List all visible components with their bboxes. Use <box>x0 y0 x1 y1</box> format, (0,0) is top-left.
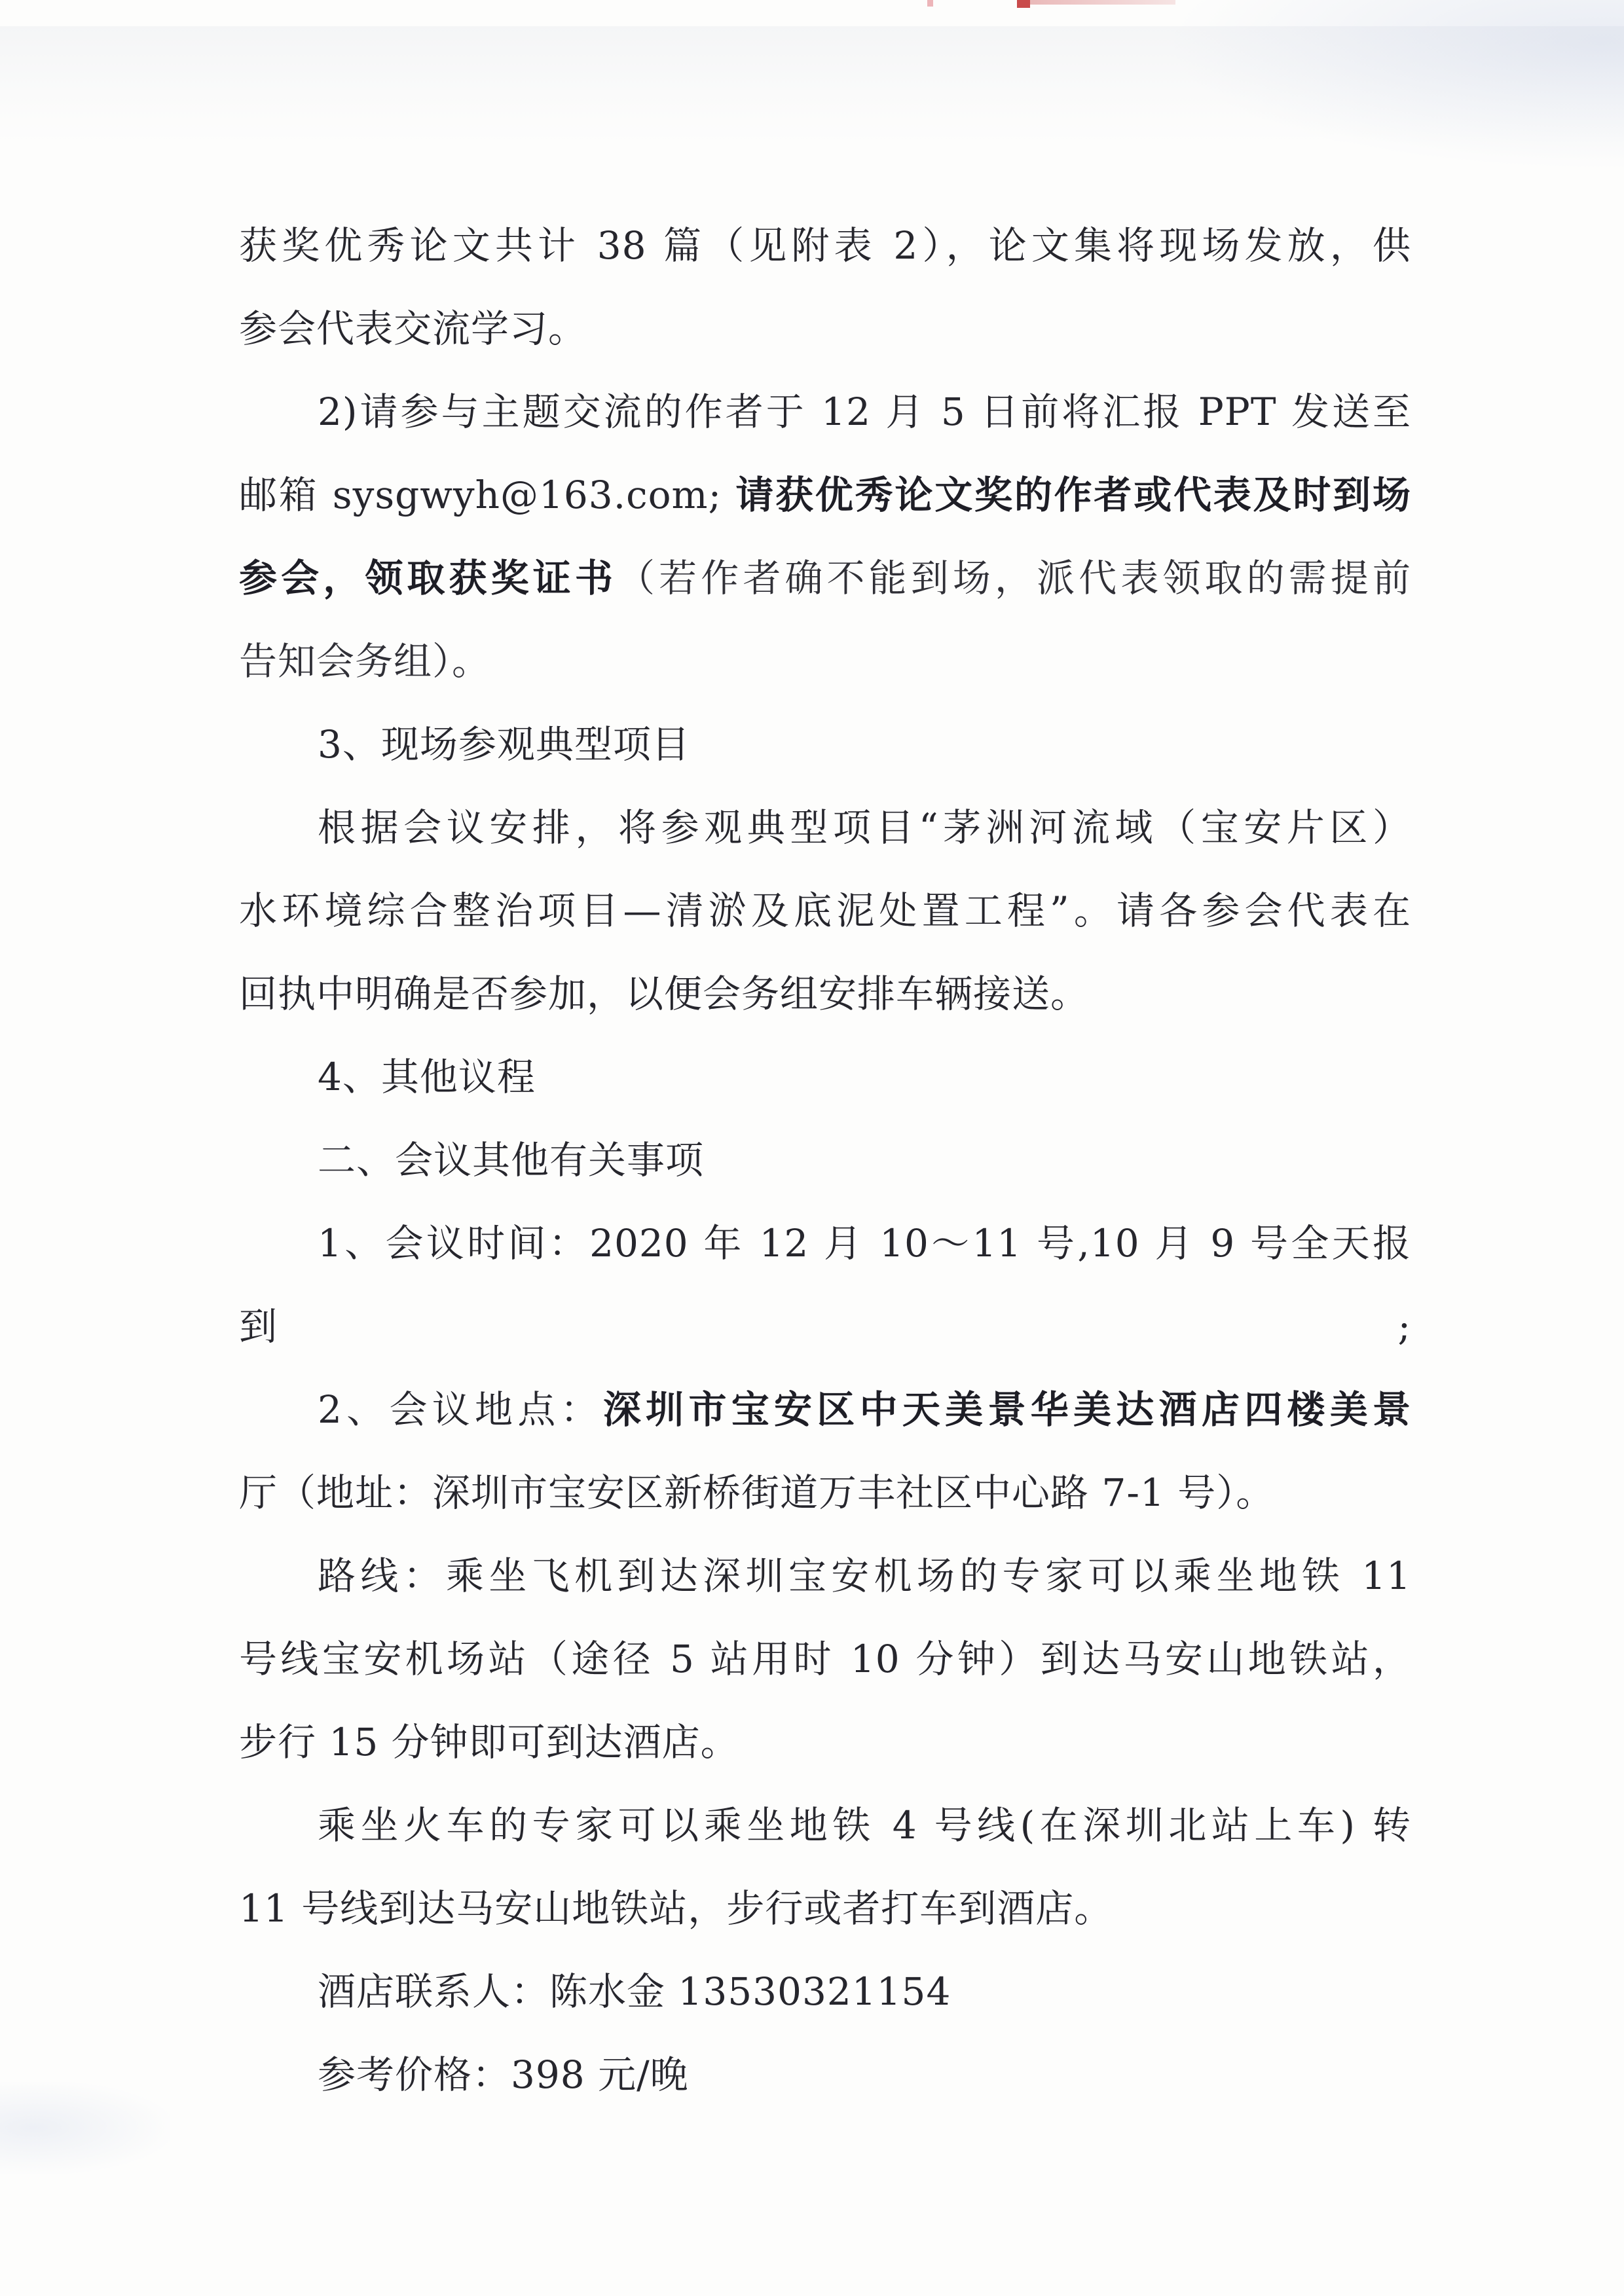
bold-text: 请获优秀论文奖的作者或代表及时到场 <box>735 473 1411 517</box>
document-line: 参会代表交流学习。 <box>239 287 1411 371</box>
body-text: 2、会议地点： <box>318 1387 603 1432</box>
kaiti-text: 告知会务组）。 <box>239 639 490 683</box>
document-line: 号线宝安机场站（途径 5 站用时 10 分钟）到达马安山地铁站， <box>239 1618 1411 1701</box>
body-text: 步行 15 分钟即可到达酒店。 <box>239 1720 739 1764</box>
document-line: 邮箱 sysgwyh@163.com; 请获优秀论文奖的作者或代表及时到场 <box>239 454 1411 537</box>
document-line: 4、其他议程 <box>239 1036 1411 1119</box>
document-line: 步行 15 分钟即可到达酒店。 <box>239 1701 1411 1784</box>
document-line: 2)请参与主题交流的作者于 12 月 5 日前将汇报 PPT 发送至 <box>239 371 1411 454</box>
body-text: 邮箱 sysgwyh@163.com; <box>239 473 735 517</box>
document-line: 3、现场参观典型项目 <box>239 703 1411 786</box>
body-text: 4、其他议程 <box>318 1055 536 1099</box>
document-page: 获奖优秀论文共计 38 篇（见附表 2），论文集将现场发放，供参会代表交流学习。… <box>0 0 1624 2296</box>
document-line: 2、会议地点：深圳市宝安区中天美景华美达酒店四楼美景 <box>239 1368 1411 1451</box>
document-line: 获奖优秀论文共计 38 篇（见附表 2），论文集将现场发放，供 <box>239 204 1411 287</box>
scan-artifact-red-strip <box>1018 0 1175 5</box>
document-body: 获奖优秀论文共计 38 篇（见附表 2），论文集将现场发放，供参会代表交流学习。… <box>239 204 1411 2117</box>
document-line: 根据会议安排，将参观典型项目“茅洲河流域（宝安片区） <box>239 786 1411 869</box>
body-text: 11 号线到达马安山地铁站，步行或者打车到酒店。 <box>239 1886 1113 1931</box>
body-text: 二、会议其他有关事项 <box>318 1138 704 1182</box>
body-text: 1、会议时间：2020 年 12 月 10～11 号,10 月 9 号全天报到; <box>239 1221 1411 1349</box>
body-text: 获奖优秀论文共计 38 篇（见附表 2），论文集将现场发放，供 <box>239 223 1411 268</box>
document-line: 厅（地址：深圳市宝安区新桥街道万丰社区中心路 7-1 号）。 <box>239 1451 1411 1535</box>
body-text: 水环境综合整治项目—清淤及底泥处置工程”。请各参会代表在 <box>239 888 1411 933</box>
body-text: 3、现场参观典型项目 <box>318 722 690 767</box>
body-text: 路线：乘坐飞机到达深圳宝安机场的专家可以乘坐地铁 11 <box>318 1554 1411 1598</box>
body-text: 厅（地址：深圳市宝安区新桥街道万丰社区中心路 7-1 号）。 <box>239 1470 1274 1515</box>
body-text: 号线宝安机场站（途径 5 站用时 10 分钟）到达马安山地铁站， <box>239 1637 1411 1681</box>
body-text: 酒店联系人：陈水金 13530321154 <box>318 1969 951 2014</box>
document-line: 二、会议其他有关事项 <box>239 1119 1411 1202</box>
bold-text: 深圳市宝安区中天美景华美达酒店四楼美景 <box>603 1387 1411 1432</box>
scan-artifact-red-block <box>1017 0 1030 8</box>
body-text: 参会代表交流学习。 <box>239 306 587 351</box>
bold-text: 参会，领取获奖证书 <box>239 556 617 600</box>
document-line: 告知会务组）。 <box>239 620 1411 703</box>
document-line: 参考价格：398 元/晚 <box>239 2033 1411 2117</box>
scan-artifact-red-tick <box>927 0 933 7</box>
document-line: 路线：乘坐飞机到达深圳宝安机场的专家可以乘坐地铁 11 <box>239 1535 1411 1618</box>
scan-artifact-top-band <box>0 26 1624 144</box>
body-text: 2)请参与主题交流的作者于 12 月 5 日前将汇报 PPT 发送至 <box>318 390 1411 434</box>
document-line: 水环境综合整治项目—清淤及底泥处置工程”。请各参会代表在 <box>239 869 1411 953</box>
document-line: 乘坐火车的专家可以乘坐地铁 4 号线(在深圳北站上车) 转 <box>239 1784 1411 1867</box>
body-text: 回执中明确是否参加，以便会务组安排车辆接送。 <box>239 972 1089 1016</box>
document-line: 11 号线到达马安山地铁站，步行或者打车到酒店。 <box>239 1867 1411 1950</box>
body-text: 根据会议安排，将参观典型项目“茅洲河流域（宝安片区） <box>318 805 1411 850</box>
kaiti-text: （若作者确不能到场，派代表领取的需提前 <box>617 556 1411 600</box>
document-line: 参会，领取获奖证书（若作者确不能到场，派代表领取的需提前 <box>239 537 1411 620</box>
document-line: 酒店联系人：陈水金 13530321154 <box>239 1950 1411 2033</box>
body-text: 参考价格：398 元/晚 <box>318 2052 689 2097</box>
scan-artifact-top-right-tint <box>1166 0 1624 170</box>
scan-artifact-bottom-left-tint <box>0 2082 170 2174</box>
document-line: 回执中明确是否参加，以便会务组安排车辆接送。 <box>239 953 1411 1036</box>
document-line: 1、会议时间：2020 年 12 月 10～11 号,10 月 9 号全天报到; <box>239 1202 1411 1368</box>
body-text: 乘坐火车的专家可以乘坐地铁 4 号线(在深圳北站上车) 转 <box>318 1803 1411 1848</box>
